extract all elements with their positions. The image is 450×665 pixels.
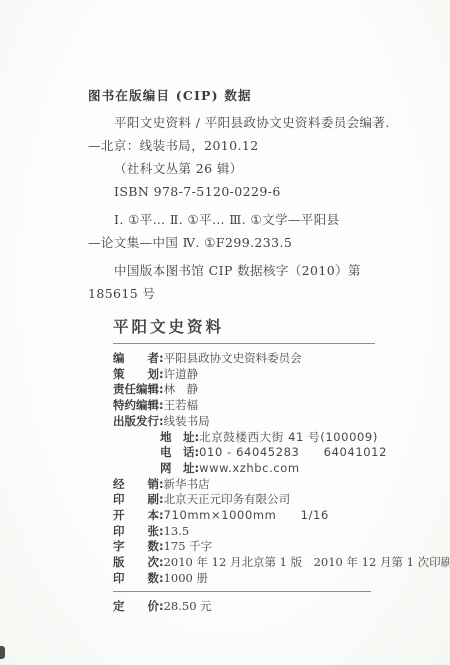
cip-data-block: 图书在版编目 (CIP) 数据 平阳文史资料 / 平阳县政协文史资料委员会编著.… xyxy=(88,84,408,305)
row-label: 印 数: xyxy=(113,571,164,585)
row-value: www.xzhbc.com xyxy=(199,461,300,475)
cip-line-record-number: 中国版本图书馆 CIP 数据核字（2010）第 185615 号 xyxy=(88,259,408,305)
scan-artifact xyxy=(0,646,5,659)
row-phone: 电 话:010 - 64045283 64041012 xyxy=(160,445,443,461)
row-value: 王若楅 xyxy=(164,398,199,412)
row-label: 编 者: xyxy=(113,351,164,365)
row-value: 2010 年 12 月北京第 1 版 2010 年 12 月第 1 次印刷 xyxy=(164,555,450,569)
cip-line-isbn: ISBN 978-7-5120-0229-6 xyxy=(88,180,408,203)
row-value: 北京天正元印务有限公司 xyxy=(164,492,291,506)
row-value: 28.50 元 xyxy=(164,599,212,613)
cip-line-classification-2: —论文集—中国 Ⅳ. ①F299.233.5 xyxy=(88,231,408,254)
row-sheets: 印 张:13.5 xyxy=(113,524,443,540)
row-label: 网 址: xyxy=(160,461,199,475)
row-special-editor: 特约编辑:王若楅 xyxy=(113,398,443,414)
row-value: 010 - 64045283 64041012 xyxy=(199,445,387,459)
row-label: 经 销: xyxy=(113,477,164,491)
colophon-rows: 编 者:平阳县政协文史资料委员会 策 划:许道静 责任编辑:林 静 特约编辑:王… xyxy=(113,351,443,614)
row-label: 定 价: xyxy=(113,599,164,613)
cip-heading: 图书在版编目 (CIP) 数据 xyxy=(88,84,408,107)
row-price: 定 价:28.50 元 xyxy=(113,599,443,615)
row-format: 开 本:710mm×1000mm 1/16 xyxy=(113,508,443,524)
book-title: 平阳文史资料 xyxy=(113,315,443,337)
row-value: 平阳县政协文史资料委员会 xyxy=(164,351,302,365)
row-edition: 版 次:2010 年 12 月北京第 1 版 2010 年 12 月第 1 次印… xyxy=(113,555,443,571)
row-value: 北京鼓楼西大街 41 号(100009) xyxy=(199,430,378,444)
row-print-run: 印 数:1000 册 xyxy=(113,571,443,587)
row-label: 开 本: xyxy=(113,508,164,522)
row-address: 地 址:北京鼓楼西大街 41 号(100009) xyxy=(160,430,443,446)
row-value: 13.5 xyxy=(164,524,190,538)
row-label: 版 次: xyxy=(113,555,164,569)
row-value: 175 千字 xyxy=(164,539,213,553)
row-label: 地 址: xyxy=(160,430,199,444)
row-editor: 编 者:平阳县政协文史资料委员会 xyxy=(113,351,443,367)
row-value: 710mm×1000mm 1/16 xyxy=(164,508,329,522)
row-label: 出版发行: xyxy=(113,414,164,428)
row-value: 新华书店 xyxy=(164,477,210,491)
row-label: 电 话: xyxy=(160,445,199,459)
row-distributor: 经 销:新华书店 xyxy=(113,477,443,493)
row-printer: 印 刷:北京天正元印务有限公司 xyxy=(113,492,443,508)
row-label: 责任编辑: xyxy=(113,382,164,396)
row-value: 林 静 xyxy=(164,382,199,396)
cip-line-imprint: —北京：线装书局，2010.12 xyxy=(88,134,408,157)
row-label: 印 刷: xyxy=(113,492,164,506)
row-label: 策 划: xyxy=(113,367,164,381)
row-label: 字 数: xyxy=(113,539,164,553)
row-website: 网 址:www.xzhbc.com xyxy=(160,461,443,477)
row-word-count: 字 数:175 千字 xyxy=(113,539,443,555)
row-publisher: 出版发行:线装书局 xyxy=(113,414,443,430)
divider-line-bottom xyxy=(113,591,371,592)
row-value: 1000 册 xyxy=(164,571,208,585)
cip-line-title-statement: 平阳文史资料 / 平阳县政协文史资料委员会编著. xyxy=(88,111,408,134)
colophon-block: 平阳文史资料 编 者:平阳县政协文史资料委员会 策 划:许道静 责任编辑:林 静… xyxy=(113,315,443,614)
row-value: 线装书局 xyxy=(164,414,210,428)
row-value: 许道静 xyxy=(164,367,199,381)
row-label: 特约编辑: xyxy=(113,398,164,412)
cip-line-classification-1: Ⅰ. ①平… Ⅱ. ①平… Ⅲ. ①文学—平阳县 xyxy=(88,208,408,231)
cip-line-series: （社科文丛第 26 辑） xyxy=(88,157,408,180)
divider-line-top xyxy=(113,343,375,344)
row-label: 印 张: xyxy=(113,524,164,538)
row-responsible-editor: 责任编辑:林 静 xyxy=(113,382,443,398)
row-planner: 策 划:许道静 xyxy=(113,367,443,383)
